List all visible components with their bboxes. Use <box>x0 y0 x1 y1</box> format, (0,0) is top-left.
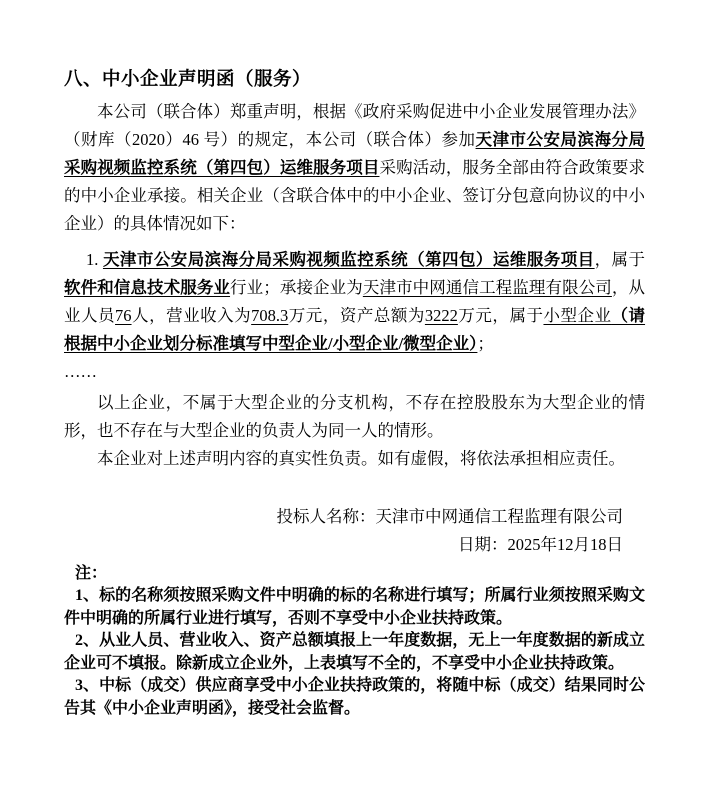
assets-value: 3222 <box>425 306 458 325</box>
item-project-name: 天津市公安局滨海分局采购视频监控系统（第四包）运维服务项目 <box>103 250 595 269</box>
bidder-name-line: 投标人名称：天津市中网通信工程监理有限公司 <box>64 503 623 531</box>
item-end-punctuation: ； <box>477 334 494 353</box>
notes-heading: 注： <box>64 563 645 585</box>
paragraph-responsibility: 本企业对上述声明内容的真实性负责。如有虚假，将依法承担相应责任。 <box>64 445 645 473</box>
bidder-name-value: 天津市中网通信工程监理有限公司 <box>376 507 624 526</box>
item-sep4: 人，营业收入为 <box>132 306 252 325</box>
date-label: 日期： <box>458 535 508 554</box>
note-item-3: 3、中标（成交）供应商享受中小企业扶持政策的，将随中标（成交）结果同时公告其《中… <box>64 675 645 720</box>
item-sep1: ，属于 <box>595 250 645 269</box>
enterprise-type: 小型企业 <box>543 306 611 325</box>
signature-block: 投标人名称：天津市中网通信工程监理有限公司 日期：2025年12月18日 <box>64 503 645 559</box>
notes-section: 注： 1、标的名称须按照采购文件中明确的标的名称进行填写；所属行业须按照采购文件… <box>64 563 645 720</box>
document-page: 八、中小企业声明函（服务） 本公司（联合体）郑重声明，根据《政府采购促进中小企业… <box>0 0 708 800</box>
ellipsis-line: …… <box>64 358 645 386</box>
date-value: 2025年12月18日 <box>508 535 624 554</box>
industry-name: 软件和信息技术服务业 <box>64 278 230 297</box>
revenue-value: 708.3 <box>251 306 288 325</box>
paragraph-enterprise-info: 1. 天津市公安局滨海分局采购视频监控系统（第四包）运维服务项目，属于软件和信息… <box>64 246 645 358</box>
note-item-1: 1、标的名称须按照采购文件中明确的标的名称进行填写；所属行业须按照采购文件中明确… <box>64 585 645 630</box>
document-title: 八、中小企业声明函（服务） <box>64 70 645 90</box>
undertaking-company-name: 天津市中网通信工程监理有限公司 <box>363 278 612 297</box>
item-sep5: 万元，资产总额为 <box>288 306 425 325</box>
employee-count: 76 <box>115 306 132 325</box>
item-sep2: 行业；承接企业为 <box>230 278 363 297</box>
paragraph-no-large-enterprise: 以上企业，不属于大型企业的分支机构，不存在控股股东为大型企业的情形，也不存在与大… <box>64 389 645 445</box>
note-item-2: 2、从业人员、营业收入、资产总额填报上一年度数据，无上一年度数据的新成立企业可不… <box>64 630 645 675</box>
item-sep6: 万元，属于 <box>458 306 544 325</box>
item-number: 1. <box>86 250 103 269</box>
paragraph-declaration: 本公司（联合体）郑重声明，根据《政府采购促进中小企业发展管理办法》（财库（202… <box>64 98 645 238</box>
date-line: 日期：2025年12月18日 <box>64 531 623 559</box>
bidder-name-label: 投标人名称： <box>277 507 376 526</box>
